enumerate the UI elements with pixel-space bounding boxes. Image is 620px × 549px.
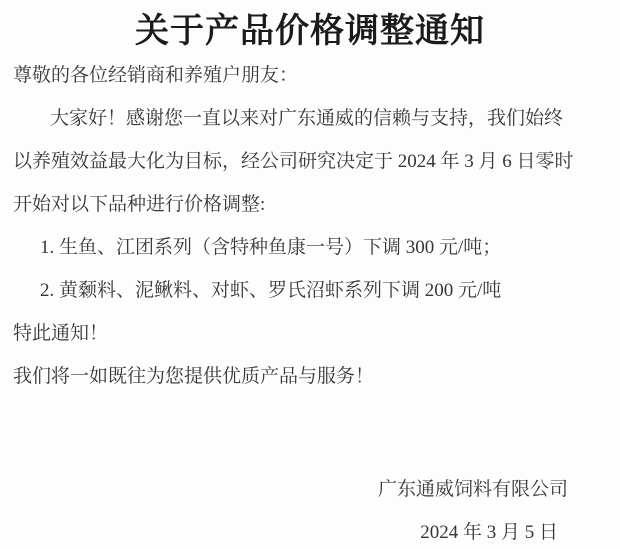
signature-block: 广东通威饲料有限公司 2024 年 3 月 5 日 <box>0 468 620 549</box>
notice-statement: 特此通知！ <box>0 312 620 355</box>
signature-company: 广东通威饲料有限公司 <box>0 468 620 511</box>
paragraph-line-3: 开始对以下品种进行价格调整: <box>0 183 620 226</box>
paragraph-line-1: 大家好！感谢您一直以来对广东通威的信赖与支持，我们始终 <box>0 97 620 140</box>
price-adjustment-item-1: 1. 生鱼、江团系列（含特种鱼康一号）下调 300 元/吨； <box>0 226 620 269</box>
closing-statement: 我们将一如既往为您提供优质产品与服务！ <box>0 355 620 398</box>
document-page: 关于产品价格调整通知 尊敬的各位经销商和养殖户朋友： 大家好！感谢您一直以来对广… <box>0 0 620 549</box>
price-adjustment-item-2: 2. 黄颡料、泥鳅料、对虾、罗氏沼虾系列下调 200 元/吨 <box>0 269 620 312</box>
salutation-line: 尊敬的各位经销商和养殖户朋友： <box>0 54 620 97</box>
signature-date: 2024 年 3 月 5 日 <box>0 511 620 549</box>
document-title: 关于产品价格调整通知 <box>0 0 620 54</box>
paragraph-line-2: 以养殖效益最大化为目标，经公司研究决定于 2024 年 3 月 6 日零时 <box>0 140 620 183</box>
